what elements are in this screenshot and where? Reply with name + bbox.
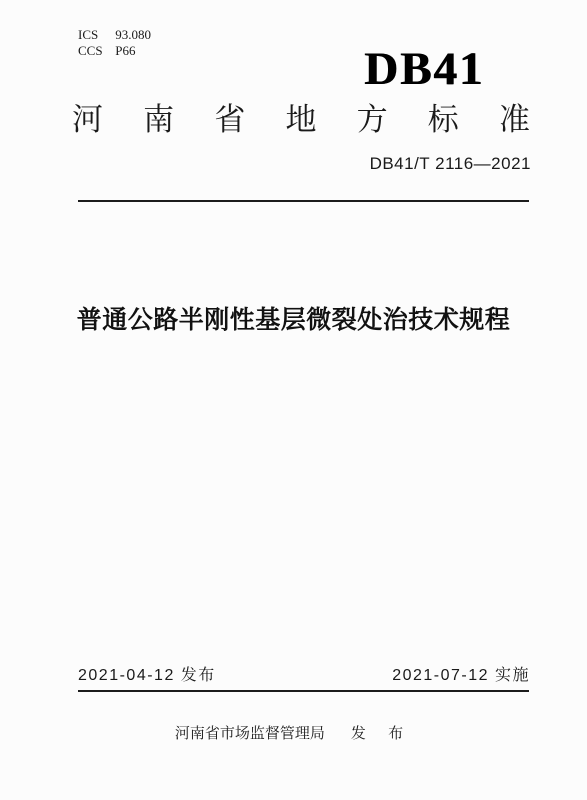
ccs-value: P66 <box>115 43 135 58</box>
standard-name-char: 南 <box>143 102 174 138</box>
document-title: 普通公路半刚性基层微裂处治技术规程 <box>0 303 587 337</box>
publisher-name: 河南省市场监督管理局 <box>175 724 325 744</box>
ics-value: 93.080 <box>115 27 151 42</box>
db41-logo: DB41 <box>364 46 492 93</box>
standard-number: DB41/T 2116—2021 <box>370 154 531 174</box>
implement-date: 2021-07-12 实施 <box>392 666 530 686</box>
standard-name-char: 河 <box>72 102 103 138</box>
ccs-code-line: CCS P66 <box>78 43 151 59</box>
classification-codes: ICS 93.080 CCS P66 <box>78 27 151 59</box>
ccs-label: CCS <box>78 43 112 59</box>
standard-name-char: 标 <box>428 102 459 138</box>
dates-row: 2021-04-12 发布 2021-07-12 实施 <box>78 666 530 686</box>
standard-name-line: 河 南 省 地 方 标 准 <box>72 102 530 138</box>
ics-code-line: ICS 93.080 <box>78 27 151 43</box>
issue-date: 2021-04-12 发布 <box>78 666 216 686</box>
publish-word: 发 布 <box>351 724 412 744</box>
standard-name-char: 地 <box>285 102 316 138</box>
header-rule <box>78 200 529 202</box>
standard-name-char: 准 <box>499 102 530 138</box>
publisher-row: 河南省市场监督管理局 发 布 <box>0 724 587 744</box>
footer-rule <box>78 690 529 692</box>
standard-name-char: 省 <box>214 102 245 138</box>
ics-label: ICS <box>78 27 112 43</box>
standard-name-char: 方 <box>357 102 388 138</box>
standard-cover-page: ICS 93.080 CCS P66 DB41 河 南 省 地 方 标 准 DB… <box>0 0 587 800</box>
